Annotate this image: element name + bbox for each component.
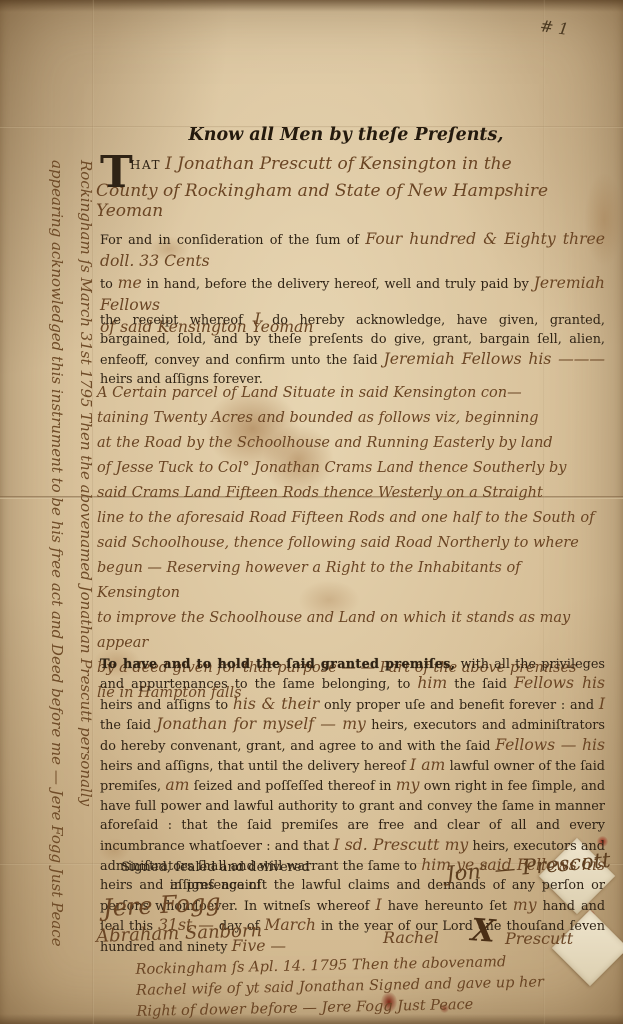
- handwritten-text: I Jonathan Prescutt of Kensington in the: [165, 154, 512, 174]
- deed-document-page: # 1 Rockingham ſs March 31st 1795 Then t…: [0, 0, 623, 1024]
- printed-text: to: [100, 277, 118, 292]
- printed-text: in hand, before the delivery hereof, wel…: [142, 277, 534, 292]
- rachel-signature-mark: X: [470, 912, 497, 950]
- handwritten-text: Rockingham ſs Apl. 14. 1795 Then the abo…: [135, 954, 506, 978]
- printed-text: heirs and aſſigns, that until the delive…: [100, 759, 410, 774]
- handwritten-text: him: [417, 674, 447, 692]
- handwritten-text: I am: [410, 756, 445, 774]
- drop-cap-letter: T: [100, 155, 133, 191]
- handwritten-text: to improve the Schoolhouse and Land on w…: [97, 610, 570, 651]
- printed-text: the receipt whereof: [100, 313, 254, 328]
- rachel-signature-last-name: Prescutt: [505, 929, 573, 948]
- handwritten-text: Rachel wife of yt said Jonathan Signed a…: [136, 974, 544, 999]
- handwritten-text: Jon: [445, 859, 482, 886]
- handwritten-text: County of Rockingham and State of New Ha…: [96, 181, 605, 221]
- handwritten-text: of Jesse Tuck to Col° Jonathan Crams Lan…: [97, 460, 566, 476]
- handwritten-text: his & their: [233, 695, 319, 713]
- handwritten-text: said Schoolhouse, thence following said …: [97, 535, 579, 551]
- handwritten-text: line to the aforesaid Road Fifteen Rods …: [97, 510, 594, 526]
- printed-text: have hereunto ſet: [382, 899, 513, 914]
- handwritten-text: A Certain parcel of Land Situate in said…: [97, 385, 522, 401]
- margin-acknowledgment-line-outer: appearing acknowledged this instrument t…: [42, 160, 71, 1016]
- handwritten-text: Jonathan for myself — my: [156, 715, 365, 733]
- handwritten-text: said Crams Land Fifteen Rods thence West…: [97, 485, 543, 501]
- handwritten-text: Jeremiah Fellows his ———: [384, 350, 605, 368]
- handwritten-text: my: [396, 776, 420, 794]
- archival-number-mark: # 1: [539, 16, 570, 39]
- printed-text: HAT: [130, 158, 161, 172]
- margin-acknowledgment-note: Rockingham ſs March 31st 1795 Then the a…: [42, 160, 100, 1016]
- margin-acknowledgment-line-inner: Rockingham ſs March 31st 1795 Then the a…: [71, 160, 100, 1016]
- printed-text: ſeized and poſſeſſed thereof in: [189, 779, 395, 794]
- rachel-signature-first-name: Rachel: [383, 928, 439, 947]
- handwritten-text: Right of dower before — Jere Fogg Just P…: [136, 997, 473, 1020]
- handwritten-text: March: [264, 916, 316, 934]
- printed-text: Signed, ſealed and delivered: [113, 859, 318, 877]
- printed-text: the ſaid: [100, 718, 156, 733]
- printed-text: the ſaid: [447, 677, 514, 692]
- printed-text: To have and to hold the ſaid granted pre…: [100, 657, 455, 672]
- opening-clause: THAT I Jonathan Prescutt of Kensington i…: [100, 154, 605, 221]
- handwritten-text: am: [165, 776, 189, 794]
- document-title: Know all Men by theſe Preſents,: [100, 125, 592, 145]
- handwritten-text: Fellows his: [514, 674, 605, 692]
- dower-release-note: Rockingham ſs Apl. 14. 1795 Then the abo…: [135, 950, 606, 1023]
- handwritten-text: Fellows — his: [495, 736, 605, 754]
- granting-clause: the receipt whereof I do hereby acknowle…: [100, 310, 605, 390]
- handwritten-text: my: [513, 896, 537, 914]
- handwritten-text: at the Road by the Schoolhouse and Runni…: [97, 435, 553, 451]
- handwritten-text: me: [118, 274, 142, 292]
- printed-text: For and in conſideration of the ſum of: [100, 233, 365, 248]
- handwritten-text: begun — Reserving however a Right to the…: [97, 560, 521, 601]
- printed-text: only proper uſe and benefit forever : an…: [319, 698, 599, 713]
- printed-text: heirs and aſſigns to: [100, 698, 233, 713]
- handwritten-text: I: [599, 695, 605, 713]
- handwritten-text: I sd. Prescutt my: [333, 836, 468, 854]
- handwritten-text: taining Twenty Acres and bounded as foll…: [97, 410, 539, 426]
